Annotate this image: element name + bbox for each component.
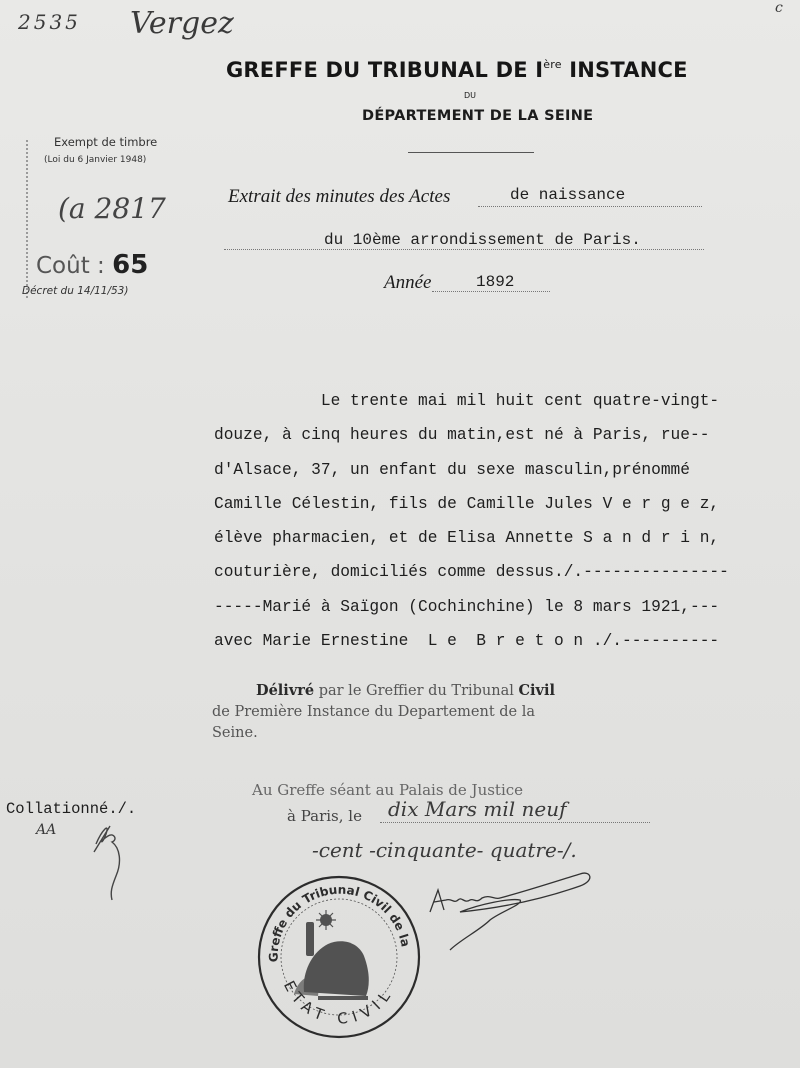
greffier-signature-icon xyxy=(420,860,670,960)
exempt-stamp-text: Exempt de timbre xyxy=(54,135,157,149)
birth-record-text: Le trente mai mil huit cent quatre-vingt… xyxy=(214,384,729,658)
tribunal-seal-icon: Greffe du Tribunal Civil de la Seine ETA… xyxy=(254,872,424,1042)
issue-date-continuation: -cent -cinquante- quatre-/. xyxy=(312,838,577,862)
cost-stamp: Coût : 65 xyxy=(36,250,148,280)
body-line: couturière, domiciliés comme dessus./.--… xyxy=(214,555,729,589)
extract-label: Extrait des minutes des Actes xyxy=(228,186,450,208)
decree-reference: Décret du 14/11/53) xyxy=(22,285,128,297)
handwritten-reference-number: 2535 xyxy=(18,10,81,34)
stamp-bracket xyxy=(26,140,34,298)
body-line: d'Alsace, 37, un enfant du sexe masculin… xyxy=(214,453,729,487)
paraph-signature-icon xyxy=(84,812,144,902)
body-line: douze, à cinq heures du matin,est né à P… xyxy=(214,418,729,452)
issue-date-field: dix Mars mil neuf xyxy=(380,800,650,823)
handwritten-file-reference: (a 2817 xyxy=(58,192,166,225)
arrondissement-field: du 10ème arrondissement de Paris. xyxy=(224,231,704,250)
annee-label: Année xyxy=(384,272,431,294)
acte-type-field: de naissance xyxy=(478,186,702,207)
department-name: DÉPARTEMENT DE LA SEINE xyxy=(362,108,593,124)
body-line: avec Marie Ernestine L e B r e t o n ./.… xyxy=(214,624,729,658)
law-reference: (Loi du 6 Janvier 1948) xyxy=(44,155,146,165)
body-line: Le trente mai mil huit cent quatre-vingt… xyxy=(214,384,729,418)
delivery-stamp: Délivré par le Greffier du Tribunal Civi… xyxy=(212,680,555,744)
document-title: GREFFE DU TRIBUNAL DE Ière INSTANCE xyxy=(226,58,736,82)
header-du: DU xyxy=(0,91,800,100)
collation-initials: AA xyxy=(36,822,56,838)
body-line: Camille Célestin, fils de Camille Jules … xyxy=(214,487,729,521)
header-divider xyxy=(408,152,534,153)
annee-field: 1892 xyxy=(432,273,550,292)
issued-place: à Paris, le xyxy=(287,807,362,825)
body-line: -----Marié à Saïgon (Cochinchine) le 8 m… xyxy=(214,590,729,624)
handwritten-surname: Vergez xyxy=(130,6,234,41)
corner-mark: c xyxy=(775,0,783,16)
body-line: élève pharmacien, et de Elisa Annette S … xyxy=(214,521,729,555)
